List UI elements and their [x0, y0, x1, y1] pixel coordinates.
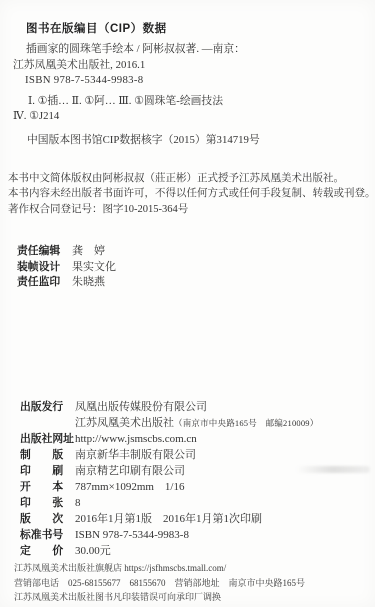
- cip-publisher-line: 江苏凤凰美术出版社, 2016.1: [13, 58, 245, 74]
- publishing-row: 印 张 8: [20, 495, 318, 511]
- publishing-row: 出版社网址 http://www.jsmscbs.com.cn: [20, 431, 318, 447]
- publishing-label: 出版发行: [20, 399, 75, 415]
- publishing-value: 南京精艺印刷有限公司: [75, 463, 185, 479]
- staff-row: 装帧设计 果实文化: [17, 260, 116, 276]
- staff-value: 果实文化: [72, 260, 116, 276]
- book-copyright-page: 图书在版编目（CIP）数据 插画家的圆珠笔手绘本 / 阿彬叔叔著. —南京： 江…: [0, 0, 375, 607]
- publishing-value: 南京新华丰制版有限公司: [75, 447, 196, 463]
- publishing-label: 定 价: [20, 543, 75, 559]
- publishing-row: 开 本 787mm×1092mm 1/16: [20, 479, 318, 495]
- publishing-row: 版 次 2016年1月第1版 2016年1月第1次印刷: [20, 511, 318, 527]
- format-value: 787mm×1092mm 1/16: [75, 479, 184, 495]
- price-value: 30.00元: [75, 543, 111, 559]
- staff-label: 责任编辑: [17, 244, 63, 260]
- publishing-label: 印 张: [20, 495, 75, 511]
- publishing-value: 凤凰出版传媒股份有限公司: [75, 399, 207, 415]
- copyright-line-3: 著作权合同登记号：图字10-2015-364号: [8, 202, 375, 217]
- staff-credits-block: 责任编辑 龚 婷 装帧设计 果实文化 责任监印 朱晓燕: [17, 244, 116, 291]
- classification-line-2: Ⅳ. ①J214: [13, 109, 223, 124]
- publishing-row: 定 价 30.00元: [20, 543, 318, 559]
- publishing-row: 印 刷 南京精艺印刷有限公司: [20, 463, 318, 479]
- cip-title-line: 插画家的圆珠笔手绘本 / 阿彬叔叔著. —南京：: [13, 42, 245, 58]
- footer-contact-block: 江苏凤凰美术出版社旗舰店 https://jsfhmscbs.tmall.com…: [14, 561, 305, 605]
- cip-classification-block: Ⅰ. ①插… Ⅱ. ①阿… Ⅲ. ①圆珠笔-绘画技法 Ⅳ. ①J214: [13, 94, 223, 124]
- publishing-info-block: 出版发行 凤凰出版传媒股份有限公司 江苏凤凰美术出版社（南京市中央路165号 邮…: [20, 399, 318, 559]
- staff-value: 龚 婷: [72, 244, 105, 260]
- staff-label: 装帧设计: [17, 260, 63, 276]
- copyright-line-1: 本书中文简体版权由阿彬叔叔（莊正彬）正式授予江苏凤凰美术出版社。: [8, 171, 375, 186]
- copyright-statement: 本书中文简体版权由阿彬叔叔（莊正彬）正式授予江苏凤凰美术出版社。 本书内容未经出…: [8, 171, 375, 217]
- footer-store-line: 江苏凤凰美术出版社旗舰店 https://jsfhmscbs.tmall.com…: [14, 561, 305, 576]
- cip-isbn-line: ISBN 978-7-5344-9983-8: [13, 73, 245, 89]
- copyright-line-2: 本书内容未经出版者书面许可，不得以任何方式或任何手段复制、转载或刊登。: [8, 186, 375, 201]
- publishing-label: 标准书号: [20, 527, 75, 543]
- edition-value: 2016年1月第1版 2016年1月第1次印刷: [75, 511, 262, 527]
- publishing-label: 制 版: [20, 447, 75, 463]
- classification-line-1: Ⅰ. ①插… Ⅱ. ①阿… Ⅲ. ①圆珠笔-绘画技法: [13, 94, 223, 109]
- staff-value: 朱晓燕: [72, 275, 105, 291]
- publishing-label: [20, 415, 75, 431]
- publisher-name: 江苏凤凰美术出版社: [75, 417, 174, 429]
- publishing-label: 印 刷: [20, 463, 75, 479]
- cip-record-number: 中国版本图书馆CIP数据核字（2015）第314719号: [27, 132, 260, 147]
- publisher-address-note: （南京市中央路165号 邮编210009）: [174, 418, 318, 428]
- footer-exchange-line: 江苏凤凰美术出版社图书凡印装错误可向承印厂调换: [14, 590, 305, 605]
- sheets-value: 8: [75, 495, 81, 511]
- publishing-row: 江苏凤凰美术出版社（南京市中央路165号 邮编210009）: [20, 415, 318, 431]
- publishing-value: 江苏凤凰美术出版社（南京市中央路165号 邮编210009）: [75, 415, 318, 431]
- cip-header: 图书在版编目（CIP）数据: [26, 20, 167, 36]
- publishing-row: 标准书号 ISBN 978-7-5344-9983-8: [20, 527, 318, 543]
- publishing-label: 开 本: [20, 479, 75, 495]
- scan-smudge-artifact: [296, 466, 370, 473]
- cip-record-block: 插画家的圆珠笔手绘本 / 阿彬叔叔著. —南京： 江苏凤凰美术出版社, 2016…: [13, 42, 245, 89]
- staff-row: 责任监印 朱晓燕: [17, 275, 116, 291]
- staff-label: 责任监印: [17, 275, 63, 291]
- footer-phone-line: 营销部电话 025-68155677 68155670 营销部地址 南京市中央路…: [14, 576, 305, 591]
- publishing-row: 制 版 南京新华丰制版有限公司: [20, 447, 318, 463]
- publishing-label: 出版社网址: [20, 431, 75, 447]
- isbn-value: ISBN 978-7-5344-9983-8: [75, 527, 189, 543]
- staff-row: 责任编辑 龚 婷: [17, 244, 116, 260]
- publisher-website: http://www.jsmscbs.com.cn: [75, 431, 197, 447]
- publishing-label: 版 次: [20, 511, 75, 527]
- publishing-row: 出版发行 凤凰出版传媒股份有限公司: [20, 399, 318, 415]
